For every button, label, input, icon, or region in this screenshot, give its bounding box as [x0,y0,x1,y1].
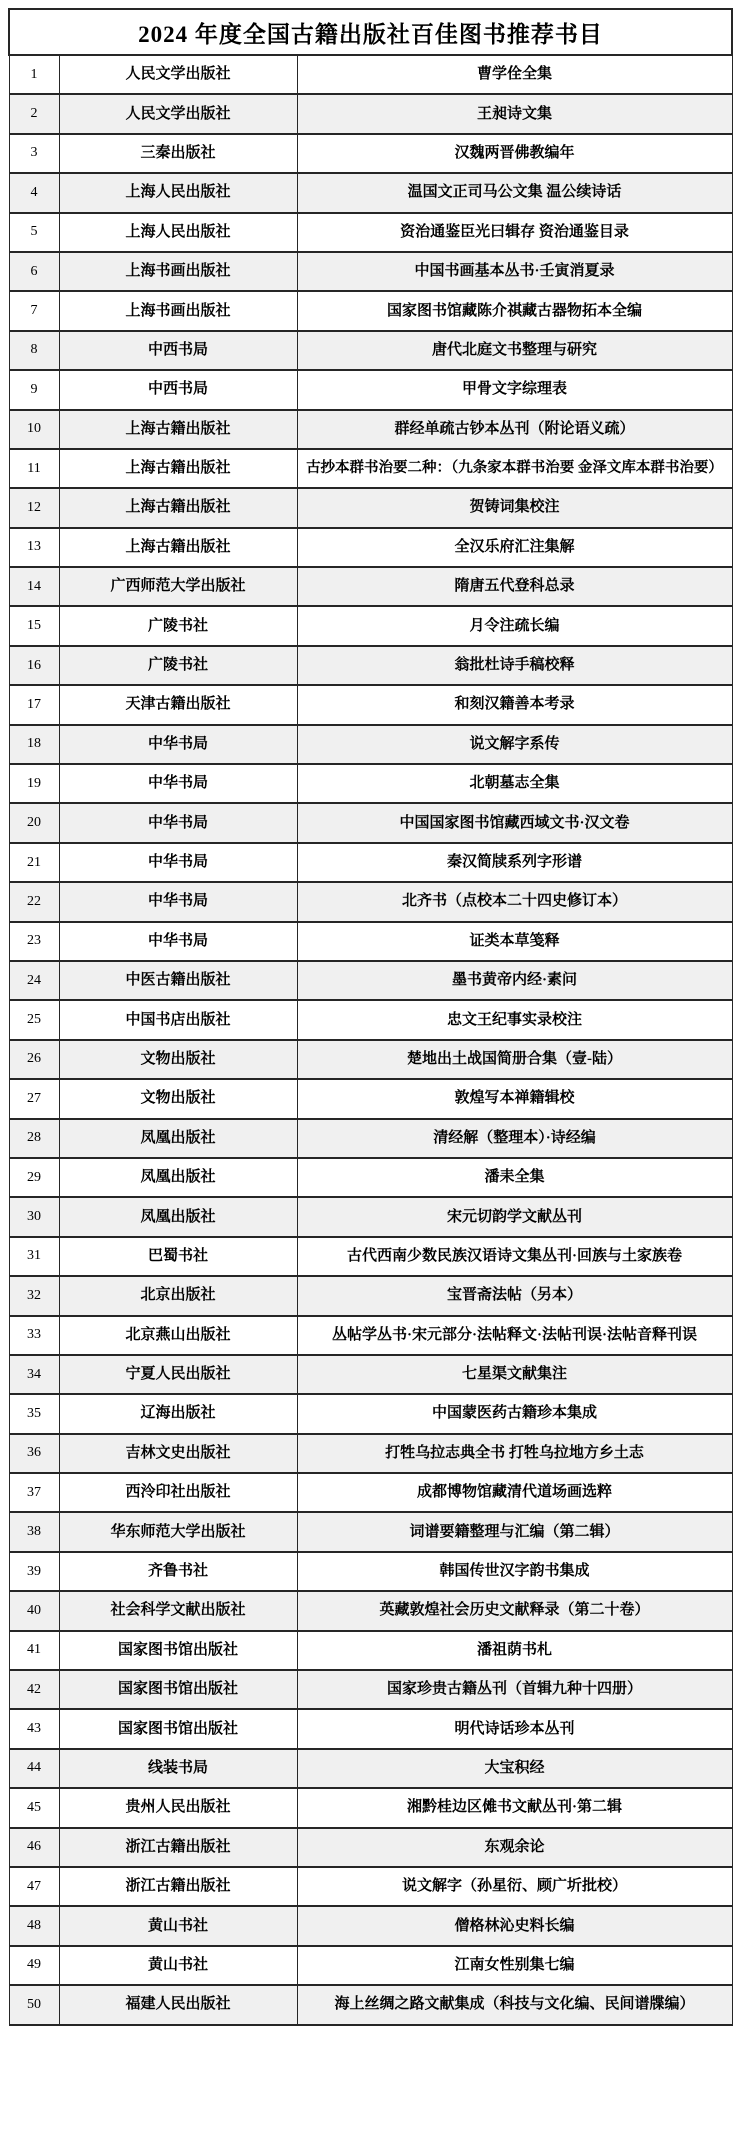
row-book: 唐代北庭文书整理与研究 [297,331,732,370]
row-book: 说文解字（孙星衍、顾广圻批校） [297,1867,732,1906]
row-book: 清经解（整理本）·诗经编 [297,1119,732,1158]
row-number: 14 [9,567,59,606]
row-number: 33 [9,1316,59,1355]
row-number: 15 [9,606,59,645]
row-book: 北朝墓志全集 [297,764,732,803]
row-number: 3 [9,134,59,173]
row-publisher: 福建人民出版社 [59,1985,297,2024]
row-publisher: 国家图书馆出版社 [59,1709,297,1748]
row-number: 35 [9,1394,59,1433]
row-number: 29 [9,1158,59,1197]
row-number: 47 [9,1867,59,1906]
row-publisher: 黄山书社 [59,1946,297,1985]
table-row: 30 凤凰出版社 宋元切韵学文献丛刊 [9,1197,732,1236]
row-book: 证类本草笺释 [297,922,732,961]
table-row: 28 凤凰出版社 清经解（整理本）·诗经编 [9,1119,732,1158]
row-publisher: 北京出版社 [59,1276,297,1315]
row-publisher: 上海书画出版社 [59,291,297,330]
row-publisher: 上海古籍出版社 [59,449,297,488]
row-book: 全汉乐府汇注集解 [297,528,732,567]
row-publisher: 人民文学出版社 [59,94,297,133]
row-publisher: 北京燕山出版社 [59,1316,297,1355]
row-publisher: 国家图书馆出版社 [59,1670,297,1709]
row-publisher: 三秦出版社 [59,134,297,173]
row-number: 10 [9,410,59,449]
row-number: 7 [9,291,59,330]
row-number: 24 [9,961,59,1000]
table-row: 22 中华书局 北齐书（点校本二十四史修订本） [9,882,732,921]
row-publisher: 上海古籍出版社 [59,528,297,567]
table-row: 35 辽海出版社 中国蒙医药古籍珍本集成 [9,1394,732,1433]
row-book: 宋元切韵学文献丛刊 [297,1197,732,1236]
table-row: 34 宁夏人民出版社 七星渠文献集注 [9,1355,732,1394]
row-publisher: 华东师范大学出版社 [59,1512,297,1551]
row-number: 36 [9,1434,59,1473]
table-row: 41 国家图书馆出版社 潘祖荫书札 [9,1631,732,1670]
row-number: 44 [9,1749,59,1788]
row-number: 8 [9,331,59,370]
row-number: 22 [9,882,59,921]
row-publisher: 广陵书社 [59,646,297,685]
row-publisher: 线装书局 [59,1749,297,1788]
row-publisher: 文物出版社 [59,1079,297,1118]
row-publisher: 中国书店出版社 [59,1000,297,1039]
table-row: 19 中华书局 北朝墓志全集 [9,764,732,803]
row-book: 中国蒙医药古籍珍本集成 [297,1394,732,1433]
row-publisher: 黄山书社 [59,1906,297,1945]
row-book: 甲骨文字综理表 [297,370,732,409]
row-book: 江南女性别集七编 [297,1946,732,1985]
row-number: 37 [9,1473,59,1512]
row-book: 月令注疏长编 [297,606,732,645]
table-row: 29 凤凰出版社 潘耒全集 [9,1158,732,1197]
row-number: 25 [9,1000,59,1039]
table-row: 20 中华书局 中国国家图书馆藏西域文书·汉文卷 [9,803,732,842]
row-number: 41 [9,1631,59,1670]
table-row: 38 华东师范大学出版社 词谱要籍整理与汇编（第二辑） [9,1512,732,1551]
row-publisher: 齐鲁书社 [59,1552,297,1591]
row-publisher: 凤凰出版社 [59,1119,297,1158]
row-number: 46 [9,1828,59,1867]
row-publisher: 上海书画出版社 [59,252,297,291]
row-publisher: 浙江古籍出版社 [59,1828,297,1867]
table-row: 25 中国书店出版社 忠文王纪事实录校注 [9,1000,732,1039]
row-publisher: 天津古籍出版社 [59,685,297,724]
table-row: 15 广陵书社 月令注疏长编 [9,606,732,645]
row-publisher: 社会科学文献出版社 [59,1591,297,1630]
row-book: 隋唐五代登科总录 [297,567,732,606]
row-book: 七星渠文献集注 [297,1355,732,1394]
table-row: 39 齐鲁书社 韩国传世汉字韵书集成 [9,1552,732,1591]
row-publisher: 凤凰出版社 [59,1197,297,1236]
row-book: 海上丝绸之路文献集成（科技与文化编、民间谱牒编） [297,1985,732,2024]
table-row: 48 黄山书社 僧格林沁史料长编 [9,1906,732,1945]
row-number: 32 [9,1276,59,1315]
row-number: 31 [9,1237,59,1276]
row-number: 30 [9,1197,59,1236]
row-publisher: 中华书局 [59,843,297,882]
row-publisher: 中华书局 [59,764,297,803]
table-row: 13 上海古籍出版社 全汉乐府汇注集解 [9,528,732,567]
row-number: 42 [9,1670,59,1709]
row-book: 贺铸词集校注 [297,488,732,527]
row-publisher: 国家图书馆出版社 [59,1631,297,1670]
table-row: 23 中华书局 证类本草笺释 [9,922,732,961]
table-row: 1 人民文学出版社 曹学佺全集 [9,55,732,94]
row-publisher: 中华书局 [59,882,297,921]
row-book: 东观余论 [297,1828,732,1867]
row-number: 1 [9,55,59,94]
row-book: 韩国传世汉字韵书集成 [297,1552,732,1591]
row-publisher: 人民文学出版社 [59,55,297,94]
row-publisher: 西泠印社出版社 [59,1473,297,1512]
table-row: 21 中华书局 秦汉简牍系列字形谱 [9,843,732,882]
table-row: 27 文物出版社 敦煌写本禅籍辑校 [9,1079,732,1118]
table-row: 18 中华书局 说文解字系传 [9,725,732,764]
row-number: 26 [9,1040,59,1079]
row-number: 27 [9,1079,59,1118]
row-publisher: 文物出版社 [59,1040,297,1079]
table-row: 14 广西师范大学出版社 隋唐五代登科总录 [9,567,732,606]
row-book: 词谱要籍整理与汇编（第二辑） [297,1512,732,1551]
table-row: 6 上海书画出版社 中国书画基本丛书·壬寅消夏录 [9,252,732,291]
row-book: 明代诗话珍本丛刊 [297,1709,732,1748]
row-book: 敦煌写本禅籍辑校 [297,1079,732,1118]
row-book: 和刻汉籍善本考录 [297,685,732,724]
row-number: 20 [9,803,59,842]
row-number: 18 [9,725,59,764]
row-book: 汉魏两晋佛教编年 [297,134,732,173]
row-publisher: 辽海出版社 [59,1394,297,1433]
row-number: 34 [9,1355,59,1394]
row-book: 翁批杜诗手稿校释 [297,646,732,685]
table-row: 37 西泠印社出版社 成都博物馆藏清代道场画选粹 [9,1473,732,1512]
row-number: 19 [9,764,59,803]
title-row: 2024 年度全国古籍出版社百佳图书推荐书目 [9,9,732,55]
row-book: 国家珍贵古籍丛刊（首辑九种十四册） [297,1670,732,1709]
table-row: 32 北京出版社 宝晋斋法帖（另本） [9,1276,732,1315]
row-book: 秦汉简牍系列字形谱 [297,843,732,882]
row-number: 11 [9,449,59,488]
row-book: 楚地出土战国简册合集（壹-陆） [297,1040,732,1079]
table-row: 10 上海古籍出版社 群经单疏古钞本丛刊（附论语义疏） [9,410,732,449]
row-publisher: 宁夏人民出版社 [59,1355,297,1394]
row-publisher: 贵州人民出版社 [59,1788,297,1827]
table-row: 44 线装书局 大宝积经 [9,1749,732,1788]
row-book: 说文解字系传 [297,725,732,764]
row-book: 中国书画基本丛书·壬寅消夏录 [297,252,732,291]
table-row: 24 中医古籍出版社 墨书黄帝内经·素问 [9,961,732,1000]
row-number: 2 [9,94,59,133]
table-row: 11 上海古籍出版社 古抄本群书治要二种：（九条家本群书治要 金泽文库本群书治要… [9,449,732,488]
table-body: 1 人民文学出版社 曹学佺全集 2 人民文学出版社 王昶诗文集 3 三秦出版社 … [9,55,732,2025]
row-number: 12 [9,488,59,527]
table-row: 45 贵州人民出版社 湘黔桂边区傩书文献丛刊·第二辑 [9,1788,732,1827]
row-publisher: 中医古籍出版社 [59,961,297,1000]
table-row: 9 中西书局 甲骨文字综理表 [9,370,732,409]
row-number: 17 [9,685,59,724]
row-publisher: 上海古籍出版社 [59,410,297,449]
row-number: 23 [9,922,59,961]
row-number: 48 [9,1906,59,1945]
table-row: 49 黄山书社 江南女性别集七编 [9,1946,732,1985]
row-book: 成都博物馆藏清代道场画选粹 [297,1473,732,1512]
table-row: 47 浙江古籍出版社 说文解字（孙星衍、顾广圻批校） [9,1867,732,1906]
row-number: 21 [9,843,59,882]
table-row: 36 吉林文史出版社 打牲乌拉志典全书 打牲乌拉地方乡土志 [9,1434,732,1473]
table-row: 17 天津古籍出版社 和刻汉籍善本考录 [9,685,732,724]
table-row: 3 三秦出版社 汉魏两晋佛教编年 [9,134,732,173]
row-publisher: 上海古籍出版社 [59,488,297,527]
row-publisher: 上海人民出版社 [59,213,297,252]
row-book: 潘祖荫书札 [297,1631,732,1670]
table-row: 16 广陵书社 翁批杜诗手稿校释 [9,646,732,685]
table-row: 46 浙江古籍出版社 东观余论 [9,1828,732,1867]
row-book: 古代西南少数民族汉语诗文集丛刊·回族与土家族卷 [297,1237,732,1276]
row-publisher: 浙江古籍出版社 [59,1867,297,1906]
row-number: 28 [9,1119,59,1158]
row-book: 湘黔桂边区傩书文献丛刊·第二辑 [297,1788,732,1827]
table-row: 50 福建人民出版社 海上丝绸之路文献集成（科技与文化编、民间谱牒编） [9,1985,732,2024]
row-publisher: 上海人民出版社 [59,173,297,212]
row-number: 49 [9,1946,59,1985]
row-number: 4 [9,173,59,212]
row-book: 打牲乌拉志典全书 打牲乌拉地方乡土志 [297,1434,732,1473]
row-book: 潘耒全集 [297,1158,732,1197]
row-publisher: 广陵书社 [59,606,297,645]
row-book: 资治通鉴臣光曰辑存 资治通鉴目录 [297,213,732,252]
row-number: 39 [9,1552,59,1591]
row-number: 45 [9,1788,59,1827]
row-book: 墨书黄帝内经·素问 [297,961,732,1000]
table-row: 33 北京燕山出版社 丛帖学丛书·宋元部分·法帖释文·法帖刊误·法帖音释刊误 [9,1316,732,1355]
row-book: 大宝积经 [297,1749,732,1788]
page-title: 2024 年度全国古籍出版社百佳图书推荐书目 [9,9,732,55]
row-publisher: 凤凰出版社 [59,1158,297,1197]
table-row: 31 巴蜀书社 古代西南少数民族汉语诗文集丛刊·回族与土家族卷 [9,1237,732,1276]
table-row: 12 上海古籍出版社 贺铸词集校注 [9,488,732,527]
row-book: 宝晋斋法帖（另本） [297,1276,732,1315]
row-book: 温国文正司马公文集 温公续诗话 [297,173,732,212]
row-publisher: 中华书局 [59,922,297,961]
document-page: 2024 年度全国古籍出版社百佳图书推荐书目 1 人民文学出版社 曹学佺全集 2… [0,0,745,2034]
row-book: 僧格林沁史料长编 [297,1906,732,1945]
row-publisher: 中西书局 [59,370,297,409]
row-book: 中国国家图书馆藏西域文书·汉文卷 [297,803,732,842]
table-row: 40 社会科学文献出版社 英藏敦煌社会历史文献释录（第二十卷） [9,1591,732,1630]
row-number: 38 [9,1512,59,1551]
row-publisher: 中西书局 [59,331,297,370]
row-publisher: 吉林文史出版社 [59,1434,297,1473]
row-book: 群经单疏古钞本丛刊（附论语义疏） [297,410,732,449]
table-row: 8 中西书局 唐代北庭文书整理与研究 [9,331,732,370]
row-book: 古抄本群书治要二种：（九条家本群书治要 金泽文库本群书治要） [297,449,732,488]
row-book: 国家图书馆藏陈介祺藏古器物拓本全编 [297,291,732,330]
table-row: 42 国家图书馆出版社 国家珍贵古籍丛刊（首辑九种十四册） [9,1670,732,1709]
row-number: 6 [9,252,59,291]
row-publisher: 中华书局 [59,725,297,764]
row-number: 5 [9,213,59,252]
row-book: 丛帖学丛书·宋元部分·法帖释文·法帖刊误·法帖音释刊误 [297,1316,732,1355]
table-row: 7 上海书画出版社 国家图书馆藏陈介祺藏古器物拓本全编 [9,291,732,330]
table-row: 4 上海人民出版社 温国文正司马公文集 温公续诗话 [9,173,732,212]
row-book: 忠文王纪事实录校注 [297,1000,732,1039]
row-publisher: 中华书局 [59,803,297,842]
row-number: 13 [9,528,59,567]
row-number: 40 [9,1591,59,1630]
row-publisher: 广西师范大学出版社 [59,567,297,606]
table-row: 26 文物出版社 楚地出土战国简册合集（壹-陆） [9,1040,732,1079]
book-table: 2024 年度全国古籍出版社百佳图书推荐书目 1 人民文学出版社 曹学佺全集 2… [8,8,733,2026]
row-publisher: 巴蜀书社 [59,1237,297,1276]
row-number: 43 [9,1709,59,1748]
row-book: 王昶诗文集 [297,94,732,133]
table-row: 5 上海人民出版社 资治通鉴臣光曰辑存 资治通鉴目录 [9,213,732,252]
row-number: 9 [9,370,59,409]
row-book: 曹学佺全集 [297,55,732,94]
table-row: 43 国家图书馆出版社 明代诗话珍本丛刊 [9,1709,732,1748]
row-book: 英藏敦煌社会历史文献释录（第二十卷） [297,1591,732,1630]
row-book: 北齐书（点校本二十四史修订本） [297,882,732,921]
row-number: 50 [9,1985,59,2024]
row-number: 16 [9,646,59,685]
table-row: 2 人民文学出版社 王昶诗文集 [9,94,732,133]
